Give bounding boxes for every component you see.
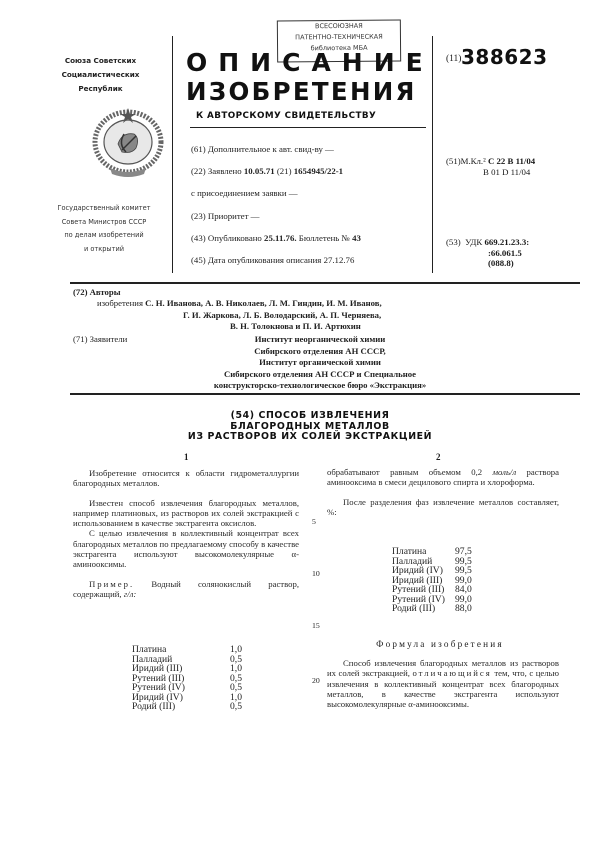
committee-line: Совета Министров СССР — [44, 216, 164, 230]
column-1-text: Изобретение относится к области гидромет… — [73, 468, 299, 599]
filing-date: 10.05.71 — [244, 166, 275, 176]
paragraph: После разделения фаз извлечение металлов… — [327, 497, 559, 518]
extraction-table: Платина97,5Палладий99,5Иридий (IV)99,5Ир… — [392, 547, 472, 614]
divider — [70, 282, 580, 284]
publication-date: 25.11.76. — [264, 233, 297, 243]
field-43: (43) Опубликовано 25.11.76. Бюллетень № … — [191, 227, 431, 249]
paragraph: Изобретение относится к области гидромет… — [73, 468, 299, 489]
applicant-line: Сибирского отделения АН СССР и Специальн… — [190, 369, 450, 381]
divider — [70, 393, 580, 395]
column-2-text: обрабатывают равным объемом 0,2 моль/л р… — [327, 467, 559, 517]
issuer-line: Союза Советских — [48, 54, 153, 68]
composition-table: Платина1,0Палладий0,5Иридий (III)1,0Руте… — [132, 645, 242, 712]
metal-name: Родий (III) — [132, 702, 230, 712]
column-number: 1 — [184, 452, 189, 462]
issuer-block: Союза Советских Социалистических Республ… — [48, 54, 153, 96]
line-number: 15 — [312, 621, 320, 630]
description-date: 27.12.76 — [324, 255, 355, 265]
line-number: 20 — [312, 676, 320, 685]
field-attachment: с присоединением заявки — — [191, 182, 431, 204]
udc-line-3: (088.8) — [488, 258, 514, 268]
patent-number: 388623 — [461, 45, 548, 69]
paragraph: обрабатывают равным объемом 0,2 моль/л р… — [327, 467, 559, 488]
field-53-udc: (53) УДК 669.21.23.3: :66.061.5 (088.8) — [446, 237, 529, 269]
bibliographic-fields: (61) Дополнительное к авт. свид-ву — (22… — [191, 138, 431, 271]
claims-heading: Формула изобретения — [345, 639, 535, 649]
divider — [172, 36, 173, 273]
invention-title: (54) СПОСОБ ИЗВЛЕЧЕНИЯ БЛАГОРОДНЫХ МЕТАЛ… — [150, 411, 470, 443]
metal-name: Родий (III) — [392, 604, 455, 614]
field-22: (22) Заявлено 10.05.71 (21) 1654945/22-1 — [191, 160, 431, 182]
author-names: В. Н. Толокнова и П. И. Артюхин — [73, 321, 568, 333]
bulletin-number: 43 — [352, 233, 361, 243]
ussr-coat-of-arms-icon — [88, 104, 168, 180]
applicant-line: Сибирского отделения АН СССР, — [190, 346, 450, 358]
table-row: Родий (III)88,0 — [392, 604, 472, 614]
document-title-line2: ИЗОБРЕТЕНИЯ — [186, 78, 431, 106]
column-number: 2 — [436, 452, 441, 462]
line-number: 5 — [312, 517, 316, 526]
author-names: Г. И. Жаркова, Л. Б. Володарский, А. П. … — [73, 310, 568, 322]
paragraph: Известен способ извлечения благородных м… — [73, 498, 299, 529]
divider — [190, 127, 426, 128]
paragraph: С целью извлечения в коллективный концен… — [73, 528, 299, 569]
claims-text: Способ извлечения благородных металлов и… — [327, 658, 559, 709]
author-names: С. Н. Иванова, А. В. Николаев, Л. М. Гин… — [145, 298, 382, 308]
authors-label: (72) Авторы — [73, 287, 573, 299]
committee-line: Государственный комитет — [44, 202, 164, 216]
example-paragraph: Пример. Водный солянокислый раствор, сод… — [73, 579, 299, 600]
document-title: ОПИСАНИЕ — [186, 49, 431, 77]
patent-number-code: (11) — [446, 54, 461, 64]
ipc-class-1: С 22 В 11/04 — [488, 156, 535, 166]
udc-line-2: :66.061.5 — [488, 248, 522, 258]
applicants-list: Институт неорганической химии Сибирского… — [190, 334, 450, 392]
metal-value: 88,0 — [455, 604, 472, 614]
field-61: (61) Дополнительное к авт. свид-ву — — [191, 138, 431, 160]
field-51-ipc: (51)М.Кл.² С 22 В 11/04 В 01 D 11/04 — [446, 156, 535, 177]
line-number: 10 — [312, 569, 320, 578]
issuer-line: Социалистических — [48, 68, 153, 82]
field-45: (45) Дата опубликования описания 27.12.7… — [191, 249, 431, 271]
ipc-class-2: В 01 D 11/04 — [446, 167, 535, 178]
committee-line: по делам изобретений — [44, 229, 164, 243]
udc-line-1: 669.21.23.3: — [484, 237, 529, 247]
applicants-label: (71) Заявители — [73, 334, 127, 344]
applicant-line: Институт неорганической химии — [190, 334, 450, 346]
stamp-line: ПАТЕНТНО-ТЕХНИЧЕСКАЯ — [278, 31, 400, 43]
issuer-line: Республик — [48, 82, 153, 96]
document-subtitle: К АВТОРСКОМУ СВИДЕТЕЛЬСТВУ — [196, 111, 421, 121]
committee-block: Государственный комитет Совета Министров… — [44, 202, 164, 256]
committee-line: и открытий — [44, 243, 164, 257]
applicant-line: Институт органической химии — [190, 357, 450, 369]
applicant-line: конструкторско-технологическое бюро «Экс… — [190, 380, 450, 392]
application-number: 1654945/22-1 — [294, 166, 343, 176]
authors-list: изобретения С. Н. Иванова, А. В. Николае… — [73, 298, 568, 333]
field-23: (23) Приоритет — — [191, 205, 431, 227]
table-row: Родий (III)0,5 — [132, 702, 242, 712]
metal-value: 0,5 — [230, 702, 242, 712]
